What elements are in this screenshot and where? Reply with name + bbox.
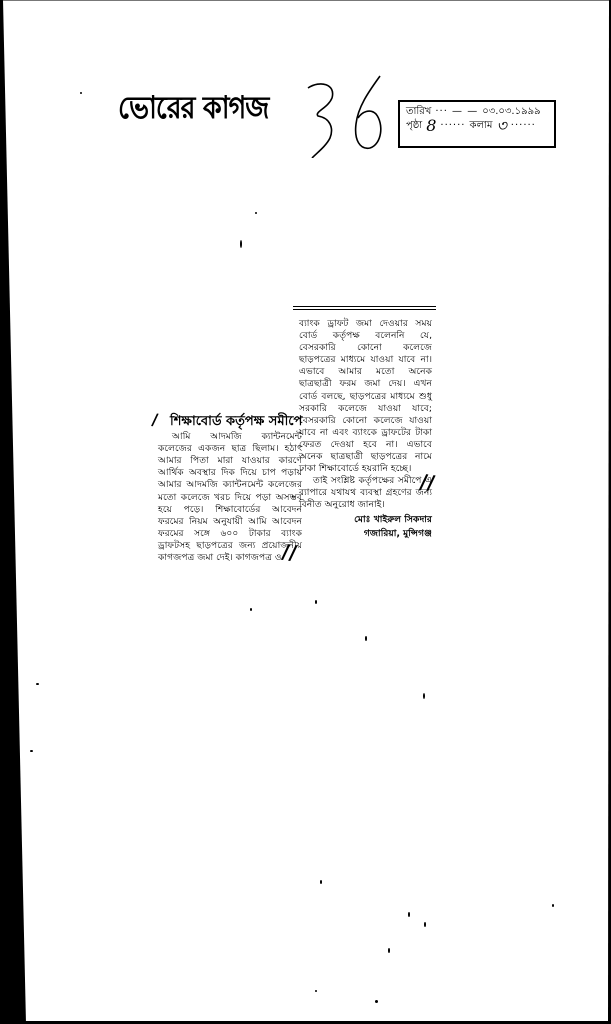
newspaper-masthead: ভোরের কাগজ [118,85,268,137]
handwritten-number-36: 36 [300,72,390,158]
signature-name: মোঃ খাইরুল সিকদার [299,514,432,526]
scan-speck [552,904,554,907]
scan-speck [315,600,317,604]
scan-speck [36,683,39,685]
scan-speck [365,636,367,641]
pen-mark: // [280,539,298,565]
scan-speck [315,990,317,992]
scan-right-edge [607,0,611,1024]
scan-speck [80,92,82,94]
signature-place: গজারিয়া, মুন্সিগঞ্জ [299,528,432,540]
letter-paragraph: তাই সংশ্লিষ্ট কর্তৃপক্ষের সমীপে এ ব্যাপা… [299,475,432,511]
stamp-page-label: পৃষ্ঠা [406,119,422,133]
scan-speck [255,212,257,214]
stamp-date-value: ০৩.০৩.১৯৯৯ [482,105,540,119]
scan-top-edge [0,0,611,1]
stamp-page-row: পৃষ্ঠা 8 ······ কলাম ৩ ······ [406,119,548,133]
scan-speck [30,750,33,752]
scan-left-edge [0,0,30,1024]
scan-speck [320,880,322,884]
scan-speck [424,922,426,927]
scan-speck [375,1000,378,1003]
letter-paragraph: আমি আদমজি ক্যান্টনমেন্ট কলেজের একজন ছাত্… [158,431,302,564]
scan-speck [240,240,242,248]
date-stamp: তারিখ ··· — — ০৩.০৩.১৯৯৯ পৃষ্ঠা 8 ······… [398,100,556,148]
scan-speck [408,912,410,917]
stamp-column-value: ৩ [496,119,506,133]
pen-mark: // [418,469,436,495]
letter-paragraph: ব্যাংক ড্রাফট জমা দেওয়ার সময় বোর্ড কর্… [299,318,432,475]
scan-speck [250,608,252,611]
scan-speck [388,948,390,953]
scan-speck [423,693,425,699]
stamp-column-label: কলাম [469,119,492,133]
stamp-page-value: 8 [426,119,436,133]
letter-headline: শিক্ষাবোর্ড কর্তৃপক্ষ সমীপে [170,416,302,428]
letter-clipping-continued: ব্যাংক ড্রাফট জমা দেওয়ার সময় বোর্ড কর্… [293,306,436,506]
